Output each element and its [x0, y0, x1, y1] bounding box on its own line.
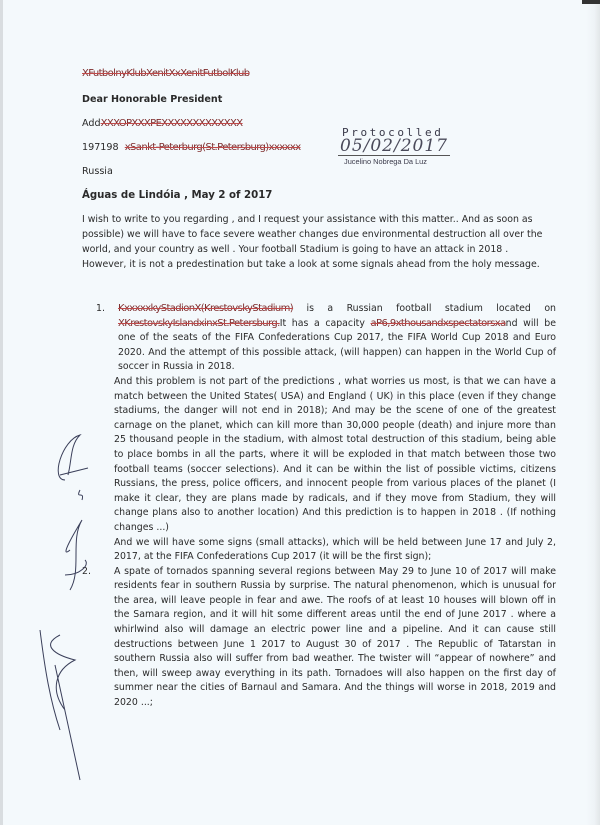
protocol-stamp: Protocolled 05/02/2017 Jucelino Nobrega …: [338, 122, 478, 172]
redacted-recipient-org: XFutbolnyKlubXenitXxXenitFutbolKlub: [82, 68, 250, 79]
postal-city-line: 197198 xSankt-Peterburg(St.Petersburg)xx…: [82, 142, 301, 153]
stamp-underline: [338, 155, 450, 156]
redacted-location: XKrestovskyIslandxinxSt.Petersburg.: [118, 318, 280, 329]
postal-code: 197198: [82, 142, 119, 153]
letter-page: XFutbolnyKlubXenitXxXenitFutbolKlub Dear…: [0, 0, 600, 825]
address-label: Add: [82, 118, 101, 129]
scan-edge-right: [586, 0, 600, 825]
signature-icon: [10, 400, 90, 820]
scan-corner: [582, 0, 600, 4]
item-text: It has a capacity: [280, 318, 371, 329]
intro-paragraph: I wish to write to you regarding , and I…: [82, 212, 554, 272]
place-date: Águas de Lindóia , May 2 of 2017: [82, 190, 272, 201]
item-paragraph: A spate of tornados spanning several reg…: [114, 565, 556, 711]
redacted-city: xSankt-Peterburg(St.Petersburg)xxxxxx: [125, 142, 301, 153]
stamp-date: 05/02/2017: [340, 136, 448, 156]
item-text: is a Russian football stadium located on: [293, 303, 556, 314]
scan-edge-left: [0, 0, 3, 825]
item-paragraph: And this problem is not part of the pred…: [114, 375, 556, 536]
list-item: 2. A spate of tornados spanning several …: [82, 565, 556, 711]
salutation: Dear Honorable President: [82, 94, 222, 105]
country: Russia: [82, 166, 113, 177]
redacted-stadium: KxxxxxkyStadionX(KrestovskyStadium): [118, 303, 293, 314]
redacted-address: XXXOPXXXPEXXXXXXXXXXXXX: [101, 118, 243, 129]
list-item: 1. KxxxxxkyStadionX(KrestovskyStadium) i…: [96, 302, 556, 565]
stamp-name: Jucelino Nobrega Da Luz: [344, 157, 427, 166]
redacted-capacity: aP6,9xthousandxspectatorsxa: [371, 318, 506, 329]
item-number: 1.: [96, 302, 105, 317]
recipient-org: XFutbolnyKlubXenitXxXenitFutbolKlub: [82, 68, 250, 79]
predictions-list: 1. KxxxxxkyStadionX(KrestovskyStadium) i…: [96, 302, 556, 711]
item-paragraph: And we will have some signs (small attac…: [114, 536, 556, 565]
address-line: AddXXXOPXXXPEXXXXXXXXXXXXX: [82, 118, 243, 129]
